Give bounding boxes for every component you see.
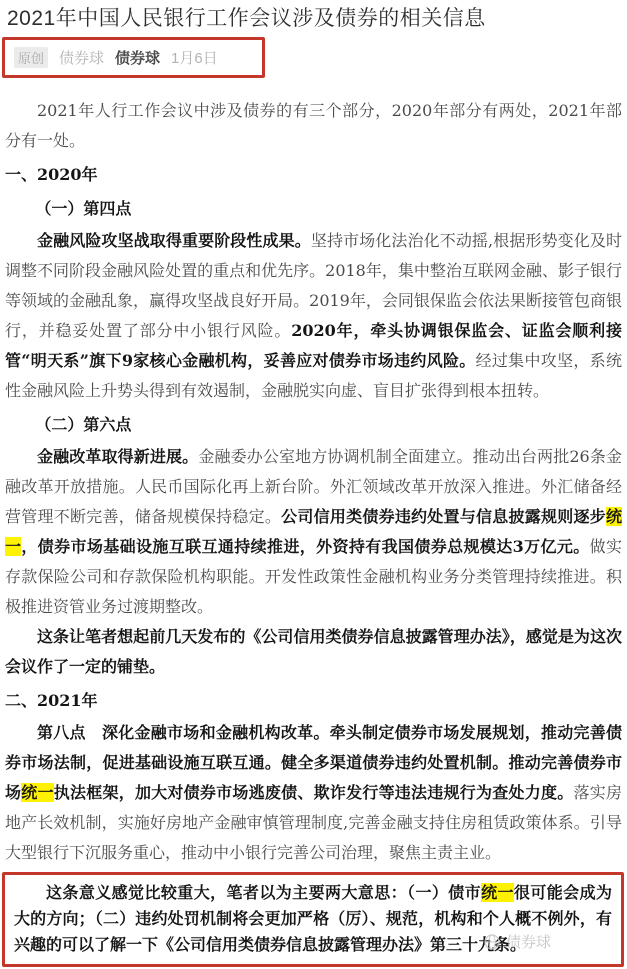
paragraph: 2021年人行工作会议中涉及债券的有三个部分，2020年部分有两处，2021年部… (5, 96, 622, 156)
paragraph: 第八点 深化金融市场和金融机构改革。牵头制定债券市场发展规划，推动完善债券市场法… (5, 718, 622, 868)
text-segment: 公司信用类债券违约处置与信息披露规则逐步 (281, 507, 606, 526)
article-body: 2021年人行工作会议中涉及债券的有三个部分，2020年部分有两处，2021年部… (0, 78, 627, 868)
paragraph: 金融改革取得新进展。金融委办公室地方协调机制全面建立。推动出台两批26条金融改革… (5, 442, 622, 622)
text-segment: 这条让笔者想起前几天发布的《公司信用类债券信息披露管理办法》，感觉是为这次会议作… (5, 627, 622, 676)
text-segment: 金融风险攻坚战取得重要阶段性成果。 (37, 231, 311, 250)
account-name[interactable]: 债券球 (115, 47, 160, 68)
section-heading: （一）第四点 (5, 194, 622, 224)
section-heading: 二、2021年 (5, 686, 622, 716)
text-segment: 金融改革取得新进展。 (37, 447, 198, 466)
annotation-box-top: 原创 债券球 债券球 1月6日 (2, 37, 265, 78)
text-segment: 这条意义感觉比较重大，笔者以为主要两大意思：（一）债市 (46, 883, 481, 902)
text-segment: （二）第六点 (35, 415, 131, 434)
paragraph: 金融风险攻坚战取得重要阶段性成果。坚持市场化法治化不动摇,根据形势变化及时调整不… (5, 226, 622, 406)
article-page: 2021年中国人民银行工作会议涉及债券的相关信息 原创 债券球 债券球 1月6日… (0, 0, 627, 969)
original-badge: 原创 (14, 47, 48, 68)
text-segment: 执法框架，加大对债券市场逃废债、欺诈发行等违法违规行为查处力度。 (54, 783, 574, 802)
annotation-box-bottom: 这条意义感觉比较重大，笔者以为主要两大意思：（一）债市统一很可能会成为大的方向；… (2, 872, 624, 967)
author-name[interactable]: 债券球 (59, 47, 104, 68)
highlighted-text: 统一 (21, 783, 53, 802)
text-segment: （一）第四点 (35, 199, 131, 218)
text-segment: 二、2021年 (5, 691, 98, 710)
text-segment: 一、2020年 (5, 165, 98, 184)
page-title: 2021年中国人民银行工作会议涉及债券的相关信息 (7, 6, 621, 32)
highlighted-text: 统一 (481, 883, 514, 902)
article-meta: 原创 债券球 债券球 1月6日 (14, 47, 218, 68)
section-heading: （二）第六点 (5, 410, 622, 440)
text-segment: ，债券市场基础设施互联互通持续推进，外资持有我国债券总规模达3万亿元。 (21, 537, 589, 556)
paragraph: 这条意义感觉比较重大，笔者以为主要两大意思：（一）债市统一很可能会成为大的方向；… (14, 880, 612, 958)
paragraph: 这条让笔者想起前几天发布的《公司信用类债券信息披露管理办法》，感觉是为这次会议作… (5, 622, 622, 682)
section-heading: 一、2020年 (5, 160, 622, 190)
text-segment: 2021年人行工作会议中涉及债券的有三个部分，2020年部分有两处，2021年部… (5, 101, 622, 150)
publish-date: 1月6日 (171, 47, 218, 68)
